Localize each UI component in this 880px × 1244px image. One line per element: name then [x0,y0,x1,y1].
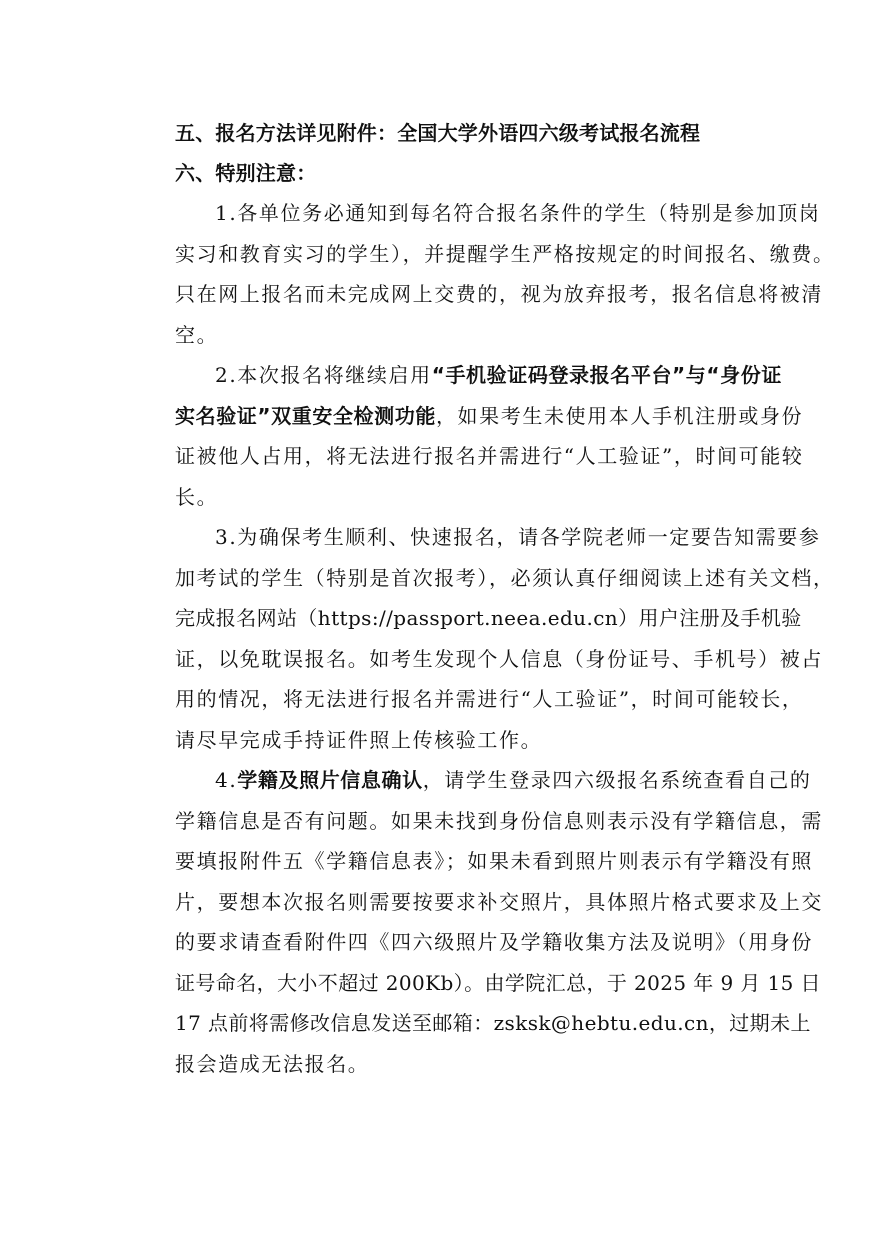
item-4-line-8: 报会造成无法报名。 [135,1044,746,1085]
item-2-line-4: 长。 [135,477,746,518]
item-4-line-6-deadline: 证号命名，大小不超过 200Kb）。由学院汇总，于 2025 年 9 月 15 … [135,963,746,1004]
item-4-line-3: 要填报附件五《学籍信息表》；如果未看到照片则表示有学籍没有照 [135,841,746,882]
item-number: 4. [215,768,237,792]
item-3-line-3-with-url: 完成报名网站（https://passport.neea.edu.cn）用户注册… [135,598,746,639]
item-4-line-5: 的要求请查看附件四《四六级照片及学籍收集方法及说明》（用身份 [135,922,746,963]
notice-item-2: 2.本次报名将继续启用“手机验证码登录报名平台”与“身份证 实名验证”双重安全检… [135,355,746,517]
item-4-line-1: 4.学籍及照片信息确认，请学生登录四六级报名系统查看自己的 [135,760,746,801]
notice-item-3: 3.为确保考生顺利、快速报名，请各学院老师一定要告知需要参 加考试的学生（特别是… [135,517,746,760]
section-heading-6: 六、特别注意： [135,153,746,193]
document-page: 五、报名方法详见附件：全国大学外语四六级考试报名流程 六、特别注意： 1.各单位… [135,113,746,1084]
item-1-line-3: 只在网上报名而未完成网上交费的，视为放弃报考，报名信息将被清 [135,274,746,315]
item-1-line-4: 空。 [135,315,746,356]
item-1-line-1: 1.各单位务必通知到每名符合报名条件的学生（特别是参加顶岗 [135,193,746,234]
item-3-line-1: 3.为确保考生顺利、快速报名，请各学院老师一定要告知需要参 [135,517,746,558]
emphasis-text: “手机验证码登录报名平台”与“身份证 [432,363,782,387]
item-2-line-1: 2.本次报名将继续启用“手机验证码登录报名平台”与“身份证 [135,355,746,396]
section-heading-5: 五、报名方法详见附件：全国大学外语四六级考试报名流程 [135,113,746,153]
item-4-line-2: 学籍信息是否有问题。如果未找到身份信息则表示没有学籍信息，需 [135,801,746,842]
item-3-line-4: 证，以免耽误报名。如考生发现个人信息（身份证号、手机号）被占 [135,639,746,680]
item-4-line-4: 片，要想本次报名则需要按要求补交照片，具体照片格式要求及上交 [135,882,746,923]
notice-item-4: 4.学籍及照片信息确认，请学生登录四六级报名系统查看自己的 学籍信息是否有问题。… [135,760,746,1084]
item-3-line-2: 加考试的学生（特别是首次报考），必须认真仔细阅读上述有关文档， [135,558,746,599]
emphasis-text: 学籍及照片信息确认 [237,768,422,792]
item-number: 1. [215,201,237,225]
item-number: 3. [215,525,237,549]
notice-item-1: 1.各单位务必通知到每名符合报名条件的学生（特别是参加顶岗 实习和教育实习的学生… [135,193,746,355]
item-2-line-3: 证被他人占用，将无法进行报名并需进行“人工验证”，时间可能较 [135,436,746,477]
item-number: 2. [215,363,237,387]
emphasis-text: 实名验证”双重安全检测功能 [175,404,436,428]
item-3-line-5: 用的情况，将无法进行报名并需进行“人工验证”，时间可能较长， [135,679,746,720]
item-3-line-6: 请尽早完成手持证件照上传核验工作。 [135,720,746,761]
item-2-line-2: 实名验证”双重安全检测功能，如果考生未使用本人手机注册或身份 [135,396,746,437]
item-4-line-7-email: 17 点前将需修改信息发送至邮箱：zsksk@hebtu.edu.cn，过期未上 [135,1003,746,1044]
item-1-line-2: 实习和教育实习的学生），并提醒学生严格按规定的时间报名、缴费。 [135,234,746,275]
